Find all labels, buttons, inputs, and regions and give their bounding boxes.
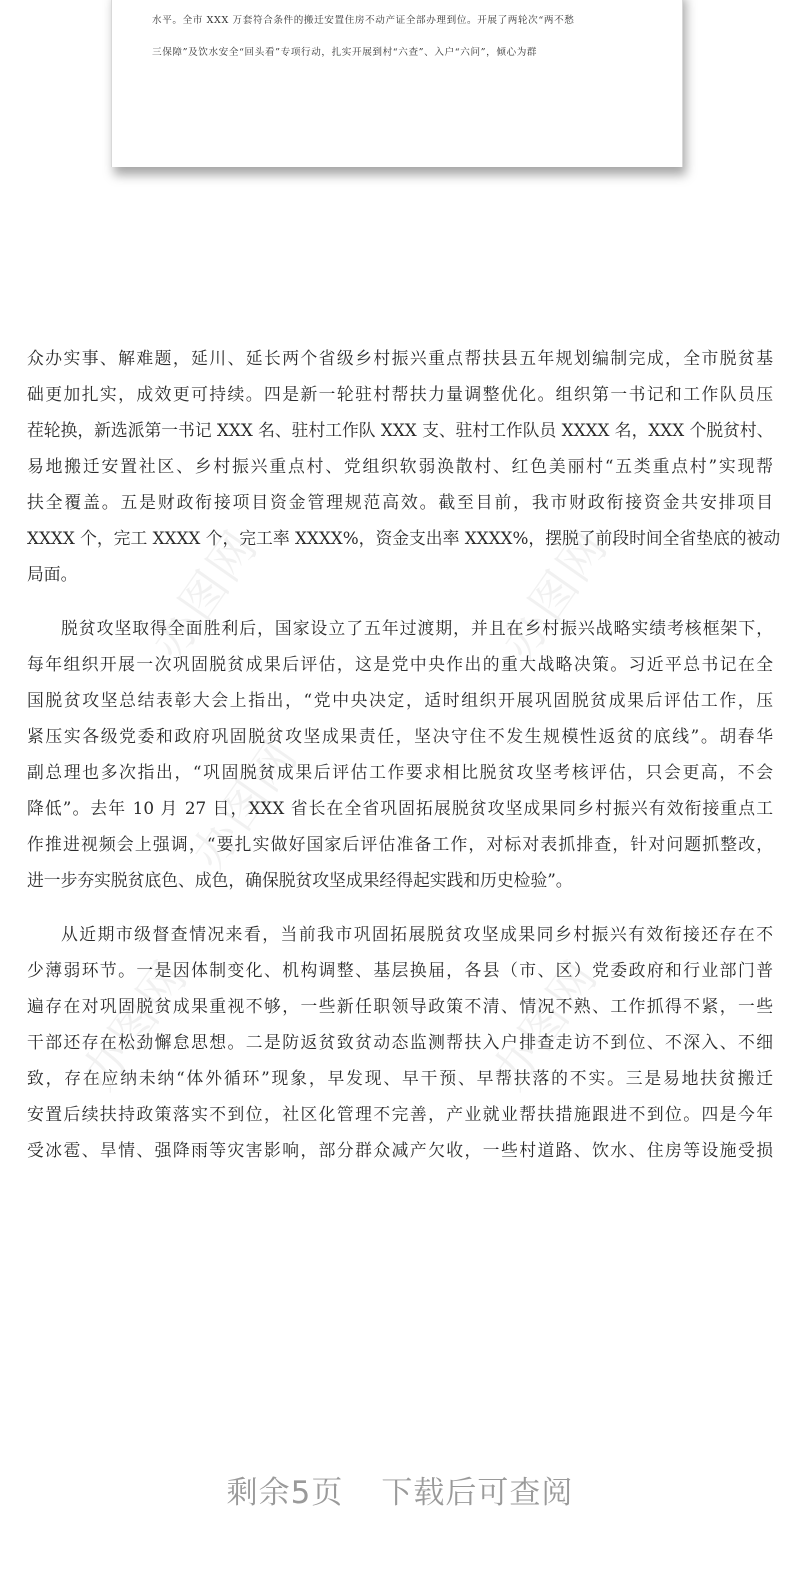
remaining-pages-label: 剩余5页 [227, 1475, 344, 1511]
text-line: XXXX 个，完工 XXXX 个，完工率 XXXX%，资金支出率 XXXX%，摆… [27, 520, 773, 556]
text-line: 安置后续扶持政策落实不到位，社区化管理不完善，产业就业帮扶措施跟进不到位。四是今… [27, 1096, 773, 1132]
text-line: 作推进视频会上强调，“要扎实做好国家后评估准备工作，对标对表抓排查，针对问题抓整… [27, 826, 773, 862]
download-prompt-label[interactable]: 下载后可查阅 [381, 1475, 573, 1511]
text-line: 础更加扎实，成效更可持续。四是新一轮驻村帮扶力量调整优化。组织第一书记和工作队员… [27, 376, 773, 412]
text-line: 副总理也多次指出，“巩固脱贫成果后评估工作要求相比脱贫攻坚考核评估，只会更高，不… [27, 754, 773, 790]
text-line: 易地搬迁安置社区、乡村振兴重点村、党组织软弱涣散村、红色美丽村“五类重点村”实现… [27, 448, 773, 484]
text-line: 脱贫攻坚取得全面胜利后，国家设立了五年过渡期，并且在乡村振兴战略实绩考核框架下， [27, 610, 773, 646]
text-line: 国脱贫攻坚总结表彰大会上指出，“党中央决定，适时组织开展巩固脱贫成果后评估工作，… [27, 682, 773, 718]
text-line: 局面。 [27, 556, 773, 592]
text-line: 紧压实各级党委和政府巩固脱贫攻坚成果责任，坚决守住不发生规模性返贫的底线”。胡春… [27, 718, 773, 754]
text-line: 茬轮换，新选派第一书记 XXX 名、驻村工作队 XXX 支、驻村工作队员 XXX… [27, 412, 773, 448]
text-line: 众办实事、解难题，延川、延长两个省级乡村振兴重点帮扶县五年规划编制完成，全市脱贫… [27, 340, 773, 376]
preview-line-1: 水平。全市 XXX 万套符合条件的搬迁安置住房不动产证全部办理到位。开展了两轮次… [152, 12, 642, 26]
paragraph-3: 从近期市级督查情况来看，当前我市巩固拓展脱贫攻坚成果同乡村振兴有效衔接还存在不 … [27, 916, 773, 1168]
text-line: 进一步夯实脱贫底色、成色，确保脱贫攻坚成果经得起实践和历史检验”。 [27, 862, 773, 898]
text-line: 降低”。去年 10 月 27 日，XXX 省长在全省巩固拓展脱贫攻坚成果同乡村振… [27, 790, 773, 826]
text-line: 干部还存在松劲懈怠思想。二是防返贫致贫动态监测帮扶入户排查走访不到位、不深入、不… [27, 1024, 773, 1060]
text-line: 遍存在对巩固脱贫成果重视不够，一些新任职领导政策不清、情况不熟、工作抓得不紧，一… [27, 988, 773, 1024]
preview-line-2: 三保障”及饮水安全“回头看”专项行动，扎实开展到村“六查”、入户“六问”，倾心为… [152, 44, 642, 58]
text-line: 致，存在应纳未纳“体外循环”现象，早发现、早干预、早帮扶落的不实。三是易地扶贫搬… [27, 1060, 773, 1096]
document-body: 众办实事、解难题，延川、延长两个省级乡村振兴重点帮扶县五年规划编制完成，全市脱贫… [27, 340, 773, 1168]
text-line: 受冰雹、旱情、强降雨等灾害影响，部分群众减产欠收，一些村道路、饮水、住房等设施受… [27, 1132, 773, 1168]
paragraph-2: 脱贫攻坚取得全面胜利后，国家设立了五年过渡期，并且在乡村振兴战略实绩考核框架下，… [27, 610, 773, 898]
text-line: 从近期市级督查情况来看，当前我市巩固拓展脱贫攻坚成果同乡村振兴有效衔接还存在不 [27, 916, 773, 952]
text-line: 少薄弱环节。一是因体制变化、机构调整、基层换届，各县（市、区）党委政府和行业部门… [27, 952, 773, 988]
download-to-read-notice[interactable]: 剩余5页下载后可查阅 [0, 1467, 800, 1512]
paragraph-1: 众办实事、解难题，延川、延长两个省级乡村振兴重点帮扶县五年规划编制完成，全市脱贫… [27, 340, 773, 592]
text-line: 扶全覆盖。五是财政衔接项目资金管理规范高效。截至目前，我市财政衔接资金共安排项目 [27, 484, 773, 520]
text-line: 每年组织开展一次巩固脱贫成果后评估，这是党中央作出的重大战略决策。习近平总书记在… [27, 646, 773, 682]
previous-page-preview: 水平。全市 XXX 万套符合条件的搬迁安置住房不动产证全部办理到位。开展了两轮次… [111, 0, 683, 167]
